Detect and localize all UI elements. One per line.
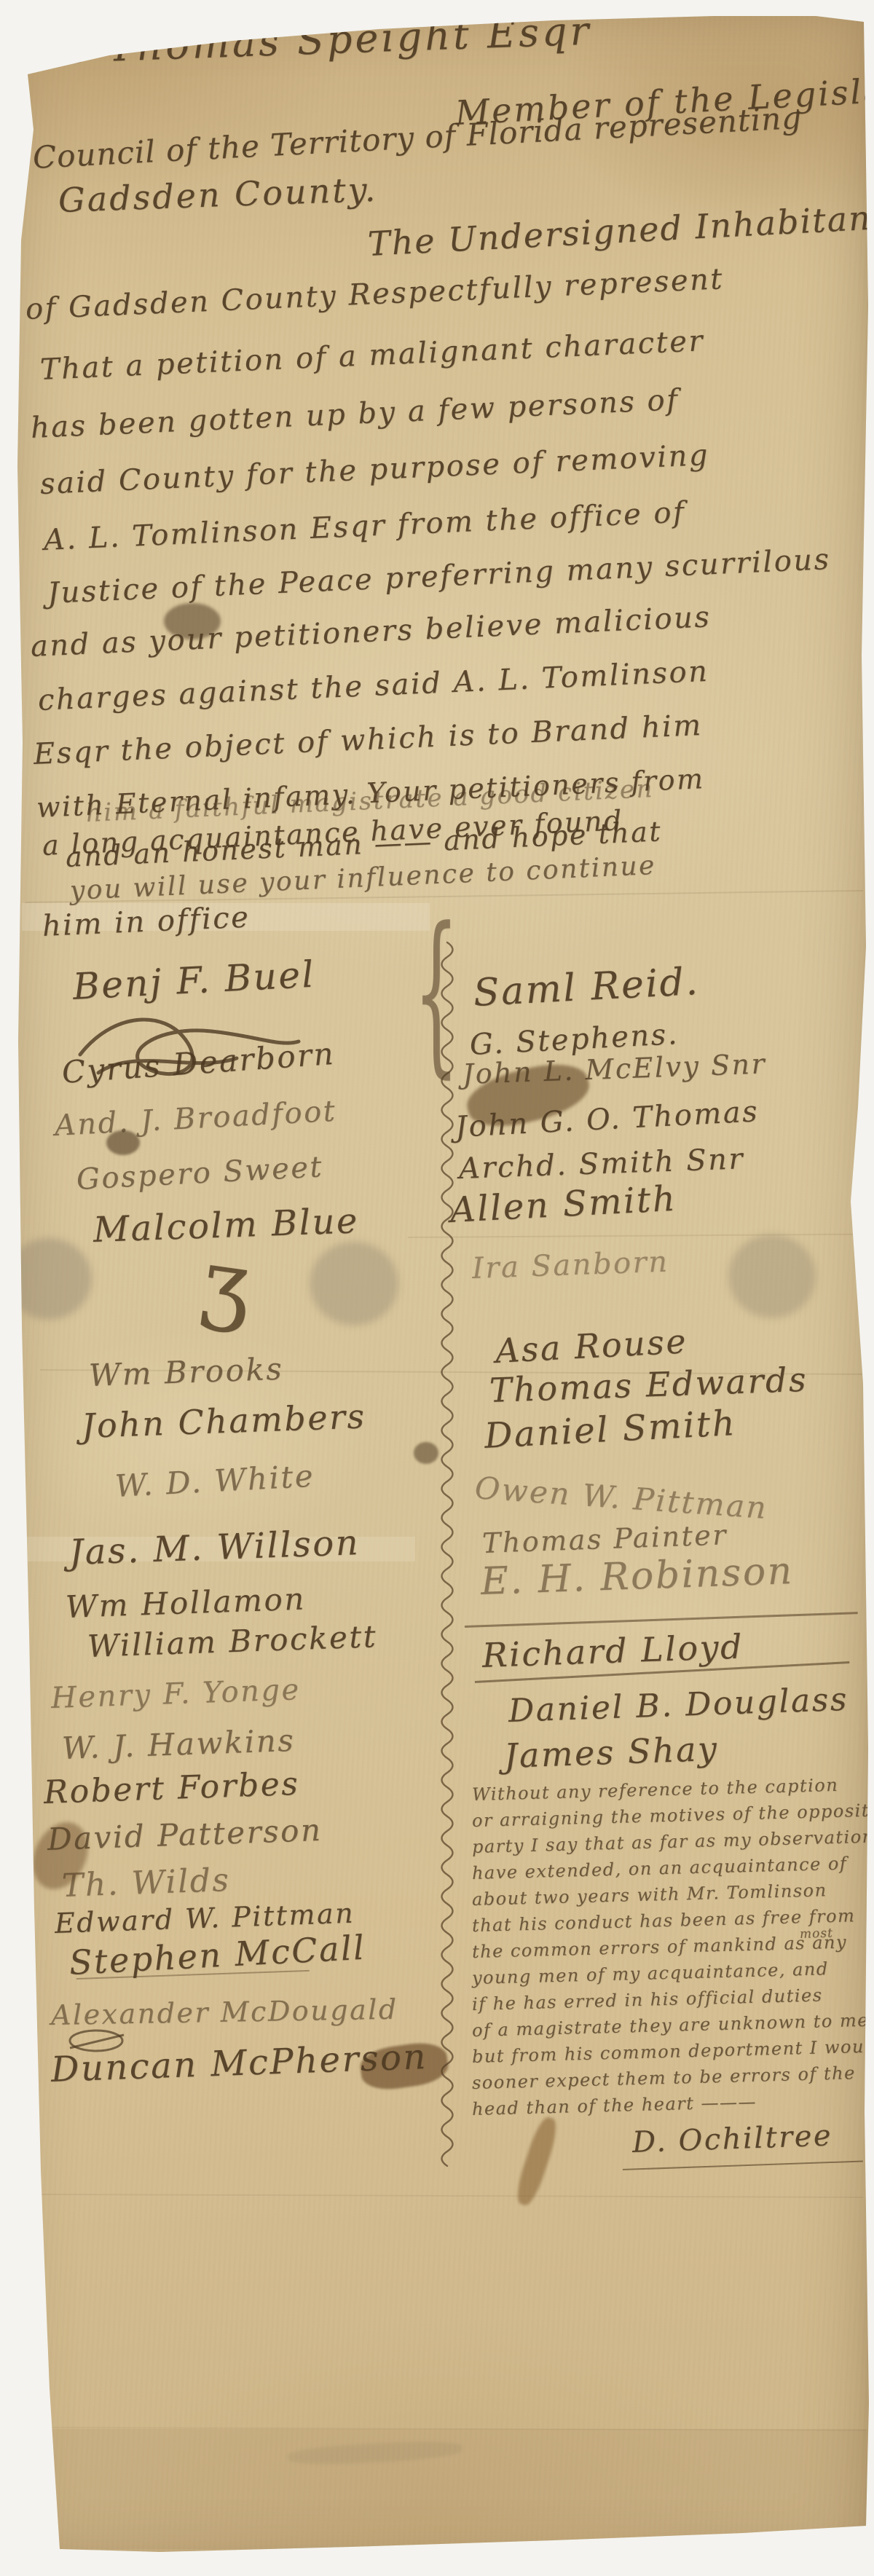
signature-left: Robert Forbes — [43, 1768, 300, 1809]
petition-paper: { ʒ To Thomas Speight EsqrMember of the … — [0, 0, 874, 2576]
signature-right: Asa Rouse — [495, 1324, 688, 1368]
signature-left: David Patterson — [47, 1815, 323, 1855]
signature-right: Ira Sanborn — [471, 1248, 669, 1283]
petition-body-line: him in office — [42, 903, 251, 941]
signature-right: James Shay — [503, 1732, 719, 1773]
endorsement-inserted-word: most — [800, 1927, 833, 1941]
signature-left: Wm Hollamon — [65, 1584, 306, 1623]
signature-left: Jas. M. Willson — [68, 1525, 361, 1570]
signature-left: Wm Brooks — [88, 1354, 284, 1391]
signature-right: Thomas Edwards — [489, 1363, 808, 1407]
signature-left: John Chambers — [81, 1399, 366, 1443]
scan-background: { ʒ To Thomas Speight EsqrMember of the … — [0, 0, 874, 2576]
signature-right: E. H. Robinson — [480, 1552, 794, 1601]
address-line: Gadsden County. — [58, 173, 378, 217]
signature-right: Thomas Painter — [481, 1521, 728, 1557]
signature-right: Richard Lloyd — [481, 1629, 744, 1672]
signature-brace: { — [414, 905, 459, 1080]
signature-right: Saml Reid. — [473, 963, 701, 1012]
signature-left: W. J. Hawkins — [61, 1725, 296, 1764]
signature-left: Th. Wilds — [61, 1864, 231, 1902]
signature-left: Henry F. Yonge — [50, 1675, 301, 1713]
endorsement-signature: D. Ochiltree — [631, 2121, 832, 2157]
signature-left: Alexander McDougald — [51, 1996, 398, 2029]
signature-left: Malcolm Blue — [92, 1203, 359, 1248]
